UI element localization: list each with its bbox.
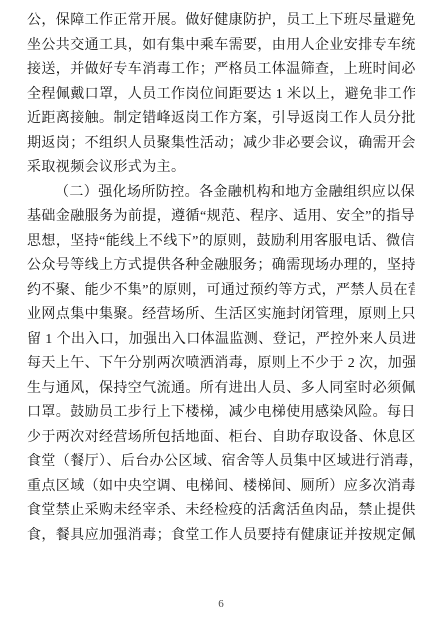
text-line: 思想，坚持“能线上不线下”的原则，鼓励利用客服电话、微信 (27, 230, 415, 255)
text-line: 食，餐具应加强消毒；食堂工作人员要持有健康证并按规定佩戴 (27, 524, 415, 549)
text-line: 约不聚、能少不集”的原则，可通过预约等方式，严禁人员在营 (27, 279, 415, 304)
document-body: 公，保障工作正常开展。做好健康防护，员工上下班尽量避免乘坐公共交通工具，如有集中… (27, 9, 415, 548)
text-line: 全程佩戴口罩，人员工作岗位间距要达 1 米以上，避免非工作性 (27, 83, 415, 108)
text-line: 公，保障工作正常开展。做好健康防护，员工上下班尽量避免乘 (27, 9, 415, 34)
text-line: 期返岗；不组织人员聚集性活动；减少非必要会议，确需开会以 (27, 132, 415, 157)
text-line: 生与通风，保持空气流通。所有进出人员、多人同室时必须佩戴 (27, 377, 415, 402)
text-line: 食堂（餐厅）、后台办公区域、宿舍等人员集中区域进行消毒， (27, 450, 415, 475)
text-line: 基础金融服务为前提，遵循“规范、程序、适用、安全”的指导 (27, 205, 415, 230)
text-line: 少于两次对经营场所包括地面、柜台、自助存取设备、休息区等， (27, 426, 415, 451)
text-line: （二）强化场所防控。各金融机构和地方金融组织应以保障 (27, 181, 415, 206)
document-page: 公，保障工作正常开展。做好健康防护，员工上下班尽量避免乘坐公共交通工具，如有集中… (0, 0, 442, 626)
text-line: 重点区域（如中央空调、电梯间、楼梯间、厕所）应多次消毒。 (27, 475, 415, 500)
text-line: 口罩。鼓励员工步行上下楼梯，减少电梯使用感染风险。每日不 (27, 401, 415, 426)
text-line: 留 1 个出入口，加强出入口体温监测、登记，严控外来人员进入； (27, 328, 415, 353)
text-line: 采取视频会议形式为主。 (27, 156, 415, 181)
text-line: 每天上午、下午分别两次喷洒消毒，原则上不少于 2 次，加强卫 (27, 352, 415, 377)
text-line: 公众号等线上方式提供各种金融服务；确需现场办理的，坚持“能 (27, 254, 415, 279)
text-line: 近距离接触。制定错峰返岗工作方案，引导返岗工作人员分批分 (27, 107, 415, 132)
text-line: 食堂禁止采购未经宰杀、未经检疫的活禽活鱼肉品，禁止提供生 (27, 499, 415, 524)
page-number: 6 (0, 598, 442, 610)
text-line: 接送，并做好专车消毒工作；严格员工体温筛查，上班时间必须 (27, 58, 415, 83)
text-line: 坐公共交通工具，如有集中乘车需要，由用人企业安排专车统一 (27, 34, 415, 59)
text-line: 业网点集中集聚。经营场所、生活区实施封闭管理，原则上只保 (27, 303, 415, 328)
